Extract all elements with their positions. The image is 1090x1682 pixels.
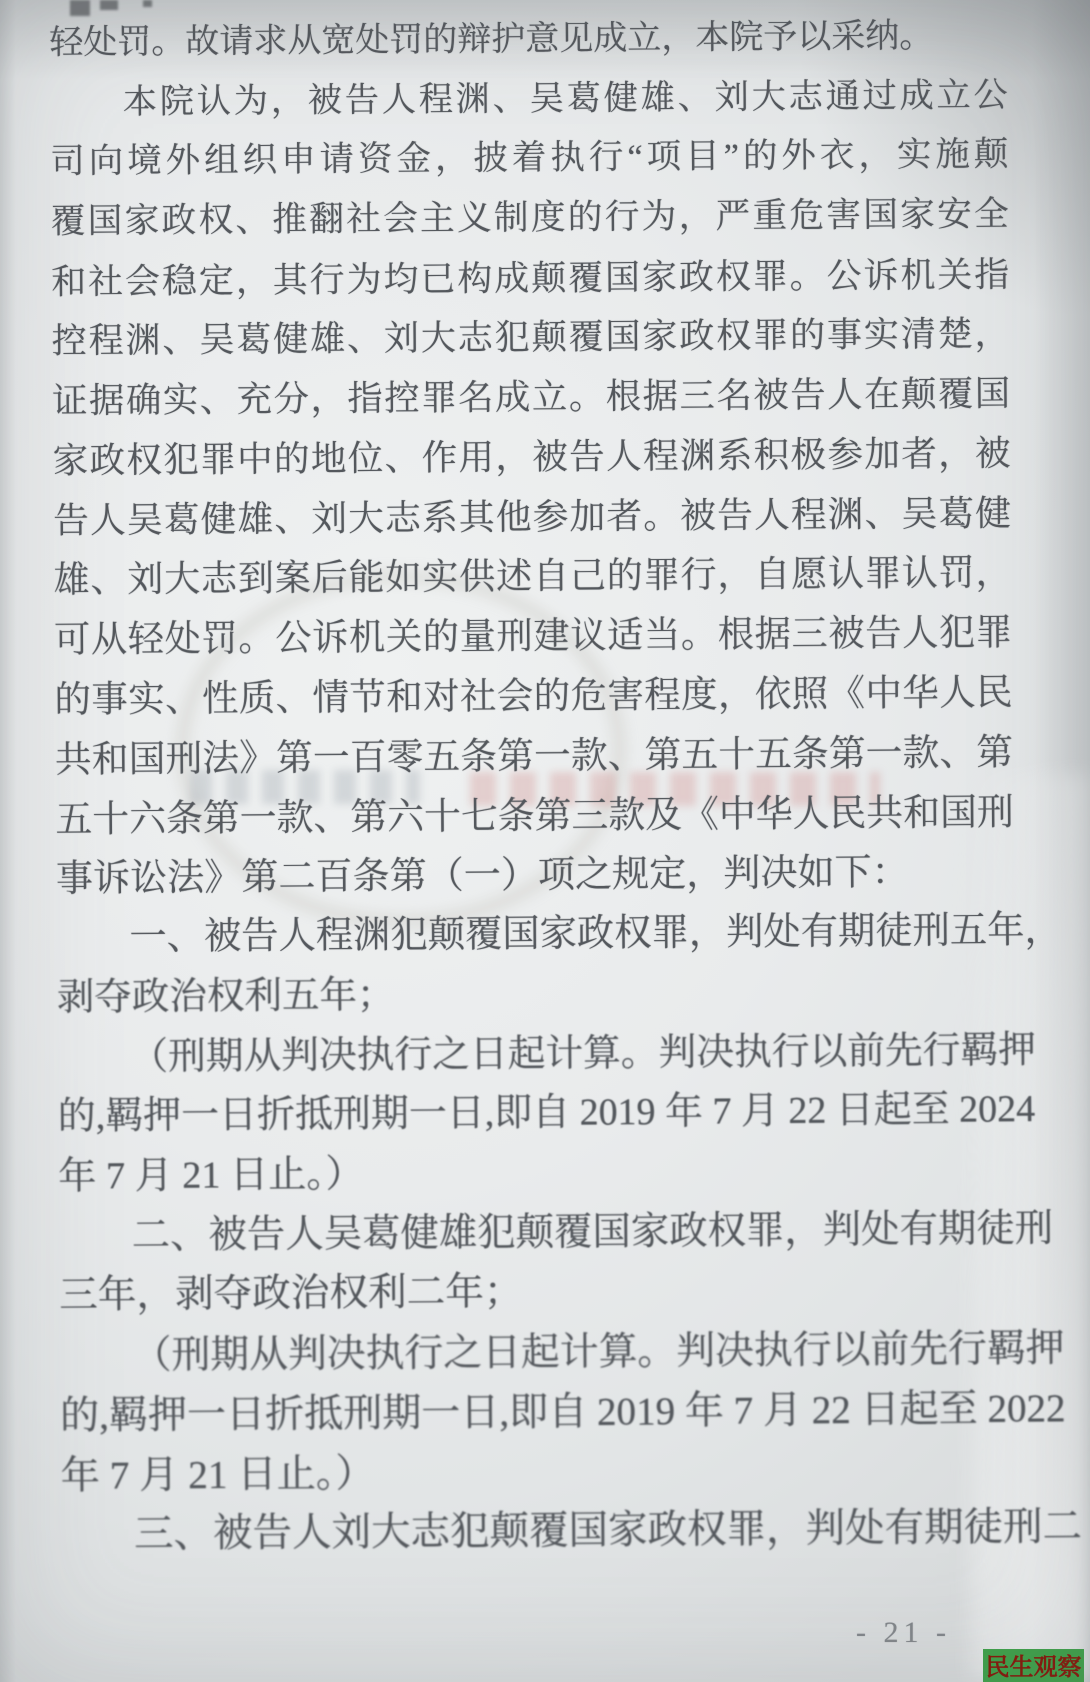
text-line-23: （刑期从判决执行之日起计算。判决执行以前先行羁押 [59, 1319, 1017, 1386]
cutoff-glyph-fragment [143, 0, 152, 7]
text-line-16: 一、被告人程渊犯颠覆国家政权罪，判处有期徒刑五年， [56, 902, 1014, 969]
text-line-5: 和社会稳定，其行为均已构成颠覆国家政权罪。公诉机关指 [51, 245, 1009, 312]
watermark-badge: 民生观察 [983, 1649, 1084, 1682]
judgment-text: 轻处罚。故请求从宽处罚的辩护意见成立，本院予以采纳。本院认为，被告人程渊、吴葛健… [49, 6, 1019, 1565]
text-line-15: 事诉讼法》第二百条第（一）项之规定，判决如下： [56, 842, 1014, 909]
text-line-19: 的,羁押一日折抵刑期一日,即自 2019 年 7 月 22 日起至 2024 [58, 1081, 1016, 1148]
text-line-2: 本院认为，被告人程渊、吴葛健雄、刘大志通过成立公 [50, 66, 1008, 133]
text-line-25: 年 7 月 21 日止。） [60, 1439, 1018, 1506]
text-line-10: 雄、刘大志到案后能如实供述自己的罪行，自愿认罪认罚， [53, 543, 1011, 610]
text-line-11: 可从轻处罚。公诉机关的量刑建议适当。根据三被告人犯罪 [54, 603, 1012, 670]
text-line-22: 三年，剥夺政治权利二年； [59, 1260, 1017, 1327]
text-line-26: 三、被告人刘大志犯颠覆国家政权罪，判处有期徒刑二 [61, 1498, 1019, 1565]
text-line-3: 司向境外组织申请资金，披着执行“项目”的外衣，实施颠 [50, 126, 1008, 193]
text-line-7: 证据确实、充分，指控罪名成立。根据三名被告人在颠覆国 [52, 364, 1010, 431]
document-photo: 轻处罚。故请求从宽处罚的辩护意见成立，本院予以采纳。本院认为，被告人程渊、吴葛健… [0, 0, 1090, 1682]
cutoff-glyph-fragment [100, 0, 118, 10]
text-line-17: 剥夺政治权利五年； [57, 961, 1015, 1028]
text-line-1: 轻处罚。故请求从宽处罚的辩护意见成立，本院予以采纳。 [49, 6, 1007, 73]
page-number: - 21 - [856, 1616, 951, 1650]
text-line-21: 二、被告人吴葛健雄犯颠覆国家政权罪，判处有期徒刑 [58, 1200, 1016, 1267]
text-line-12: 的事实、性质、情节和对社会的危害程度，依照《中华人民 [54, 663, 1012, 730]
text-line-20: 年 7 月 21 日止。） [58, 1140, 1016, 1207]
text-line-14: 五十六条第一款、第六十七条第三款及《中华人民共和国刑 [55, 782, 1013, 849]
text-line-24: 的,羁押一日折抵刑期一日,即自 2019 年 7 月 22 日起至 2022 [60, 1379, 1018, 1446]
paper-shading-left [0, 0, 16, 1682]
text-line-4: 覆国家政权、推翻社会主义制度的行为，严重危害国家安全 [51, 185, 1009, 252]
text-line-6: 控程渊、吴葛健雄、刘大志犯颠覆国家政权罪的事实清楚， [51, 305, 1009, 372]
text-line-13: 共和国刑法》第一百零五条第一款、第五十五条第一款、第 [55, 722, 1013, 789]
text-line-8: 家政权犯罪中的地位、作用，被告人程渊系积极参加者，被 [52, 424, 1010, 491]
text-line-18: （刑期从判决执行之日起计算。判决执行以前先行羁押 [57, 1021, 1015, 1088]
watermark-text: 民生观察 [986, 1652, 1082, 1682]
text-line-9: 告人吴葛健雄、刘大志系其他参加者。被告人程渊、吴葛健 [53, 484, 1011, 551]
